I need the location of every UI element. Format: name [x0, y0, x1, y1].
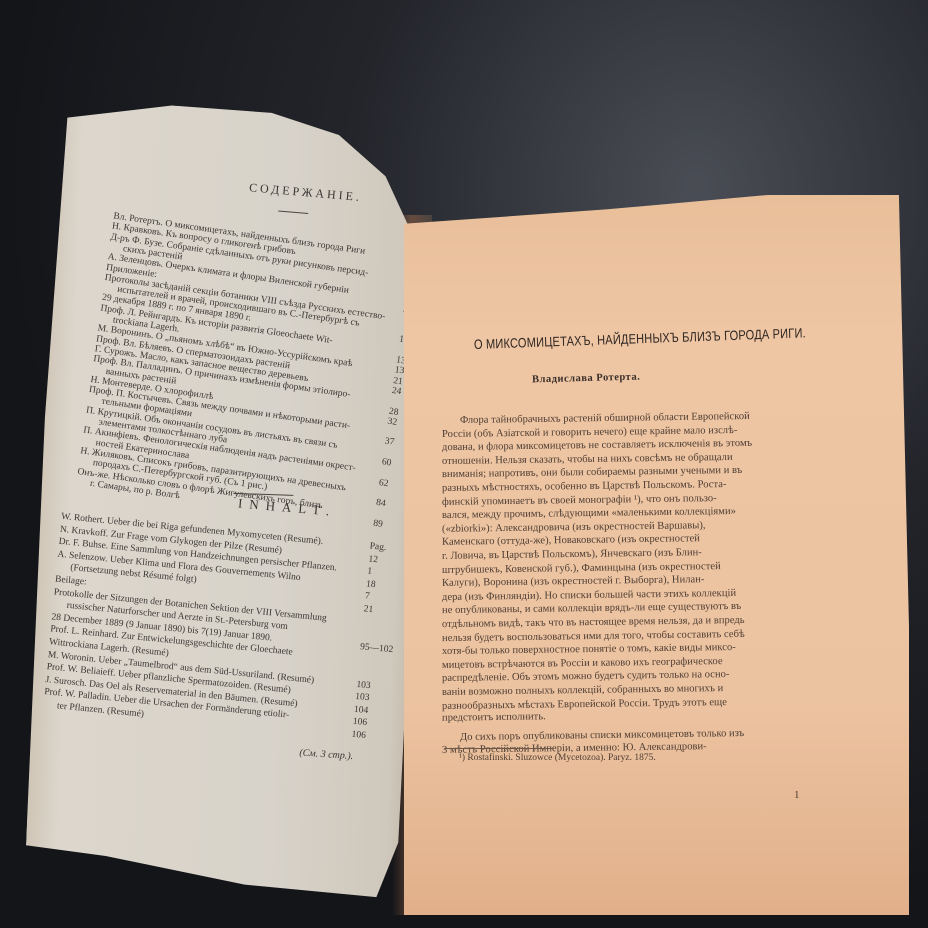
toc-page-number: 106 [352, 717, 367, 728]
footnote: ¹) Rostafinski. Sluzowce (Mycetozoa). Pa… [459, 753, 656, 763]
see-page-note: (См. 3 стр.). [299, 747, 354, 762]
toc-page-number: 95—102 [360, 642, 394, 655]
toc-page-number: 84 [375, 498, 386, 509]
article-line: («zbiorki»): Александровича (изъ окрестн… [442, 520, 706, 535]
toc-page-number: 7 [364, 592, 370, 602]
article-line: вался, между прочимъ, слѣдующими «малень… [442, 506, 736, 521]
article-line: отношеніи. Нельзя сказать, чтобы на нихъ… [442, 452, 733, 467]
article-line: Калуги), Воронина (изъ окрестностей г. В… [442, 574, 705, 589]
article-line: дована, и флора миксомицетовъ не составл… [442, 438, 752, 453]
toc-page-number: 104 [354, 705, 369, 716]
article-line: предстоитъ исполнить. [442, 711, 546, 723]
toc-page-number: 37 [384, 437, 395, 448]
toc-page-number: 106 [351, 730, 366, 741]
toc-page-number: 24 [391, 386, 402, 397]
toc-page-number: 1 [367, 567, 373, 577]
article-line: распредѣленіе. Объ этомъ можно будетъ су… [442, 669, 730, 684]
article-title: О МИКСОМИЦЕТАХЪ, НАЙДЕННЫХЪ БЛИЗЪ ГОРОДА… [474, 325, 806, 352]
article-line: мицетовъ встрѣчаются въ Россіи и каково … [442, 656, 723, 671]
toc-page-number: 32 [387, 416, 398, 427]
divider [278, 210, 308, 214]
article-line: г. Ловича, въ Царствѣ Польскомъ), Янчевс… [442, 547, 702, 562]
article-line: штрубишекъ, Ковенской губ.), Фаминцына (… [442, 561, 721, 576]
page-number: 1 [794, 789, 800, 801]
article-line: хотя-бы только поверхностное понятіе о т… [442, 642, 736, 657]
article-line: отдѣльномъ видѣ, такъ что въ настоящее в… [442, 615, 745, 630]
toc-page-number: Pag. [369, 542, 387, 554]
article-line: вниманія; напротивъ, они были собираемы … [442, 465, 742, 480]
toc-page-number: 60 [381, 457, 392, 468]
article-line: ваніи возможно полныхъ коллекцій, собран… [442, 683, 723, 698]
toc-title-german: INHALT. [237, 495, 336, 520]
right-page-article: О МИКСОМИЦЕТАХЪ, НАЙДЕННЫХЪ БЛИЗЪ ГОРОДА… [404, 195, 909, 915]
article-line: Каменскаго (оттуда-же), Новаковскаго (из… [442, 534, 700, 549]
toc-page-number: 103 [356, 680, 371, 691]
toc-page-number: 103 [355, 692, 370, 703]
left-page-contents: СОДЕРЖАНІЕ. Вл. Ротертъ. О миксомицетахъ… [24, 101, 451, 906]
toc-page-number: 62 [378, 478, 389, 489]
toc-page-number: 18 [366, 579, 376, 590]
toc-page-number: 12 [368, 554, 378, 565]
toc-title-russian: СОДЕРЖАНІЕ. [248, 180, 362, 205]
article-line: Россіи (объ Азіатской и говорить нечего)… [442, 425, 737, 440]
article-line: разнообразныхъ мѣстахъ Европейской Россі… [442, 697, 727, 712]
article-line: нельзя будетъ воспользоваться ими для то… [442, 628, 745, 643]
article-line: дера (изъ Финляндіи). Но списки большей … [442, 588, 736, 603]
toc-entry: Beilage: [55, 575, 87, 588]
article-author: Владислава Ротерта. [532, 372, 641, 386]
article-line: Флора тайнобрачныхъ растеній обширной об… [460, 411, 750, 426]
article-line: разныхъ мѣстностяхъ, особенно въ Царствѣ… [442, 479, 727, 494]
toc-page-number: 21 [363, 604, 373, 615]
footnote-divider [444, 748, 554, 749]
toc-page-number: 89 [373, 518, 384, 529]
article-line: финскій упоминаетъ въ своей монографіи ¹… [442, 493, 717, 508]
article-line: не опубликованы, и сами коллекціи врядъ-… [442, 601, 741, 616]
